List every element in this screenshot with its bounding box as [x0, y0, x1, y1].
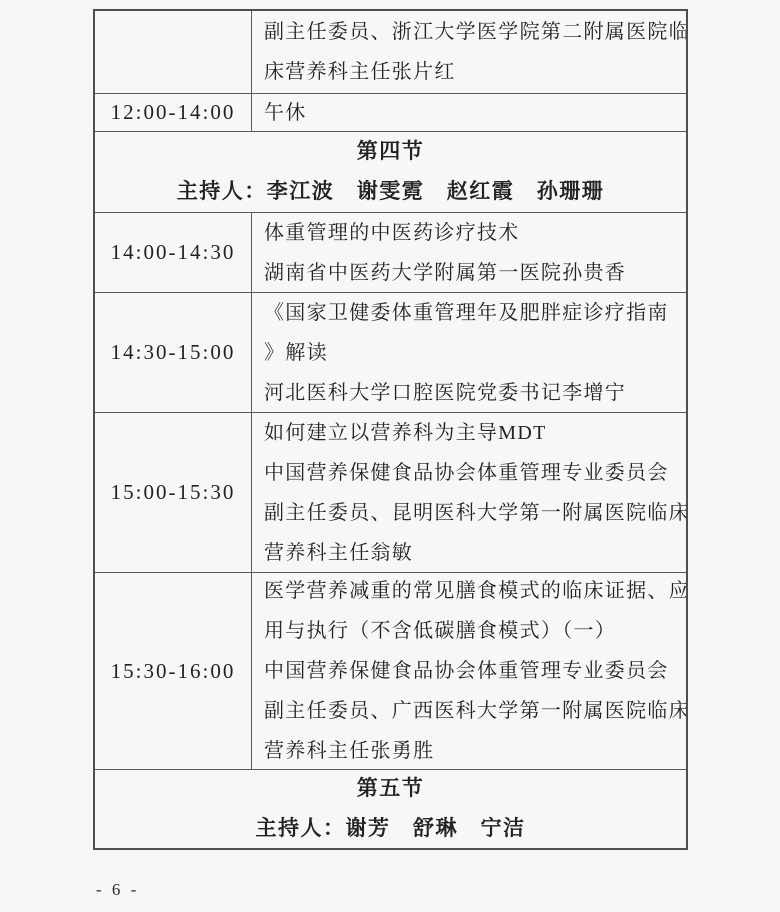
- content-line: 副主任委员、昆明医科大学第一附属医院临床: [264, 493, 680, 533]
- content-line: 床营养科主任张片红: [264, 52, 680, 92]
- time-cell: [95, 11, 252, 93]
- content-cell: 体重管理的中医药诊疗技术 湖南省中医药大学附属第一医院孙贵香: [252, 213, 686, 292]
- content-cell: 医学营养减重的常见膳食模式的临床证据、应 用与执行（不含低碳膳食模式）（一） 中…: [252, 573, 686, 769]
- page-number: - 6 -: [96, 880, 139, 900]
- document-page: 副主任委员、浙江大学医学院第二附属医院临 床营养科主任张片红 12:00-14:…: [0, 0, 780, 912]
- time-cell: 15:00-15:30: [95, 413, 252, 572]
- content-line: 营养科主任翁敏: [264, 533, 680, 573]
- section-row: 第四节 主持人：李江波 谢雯霓 赵红霞 孙珊珊: [95, 131, 686, 212]
- time-cell: 15:30-16:00: [95, 573, 252, 769]
- content-line: 《国家卫健委体重管理年及肥胖症诊疗指南: [264, 293, 680, 333]
- schedule-table: 副主任委员、浙江大学医学院第二附属医院临 床营养科主任张片红 12:00-14:…: [93, 9, 688, 850]
- content-line: 中国营养保健食品协会体重管理专业委员会: [264, 453, 680, 493]
- content-cell: 副主任委员、浙江大学医学院第二附属医院临 床营养科主任张片红: [252, 11, 686, 93]
- content-line: 河北医科大学口腔医院党委书记李增宁: [264, 373, 680, 413]
- content-line: 午休: [264, 94, 680, 131]
- table-row: 12:00-14:00 午休: [95, 93, 686, 131]
- section-title: 第五节: [95, 769, 686, 809]
- section-title: 第四节: [95, 132, 686, 172]
- section-row: 第五节 主持人：谢芳 舒琳 宁洁: [95, 769, 686, 848]
- table-row: 副主任委员、浙江大学医学院第二附属医院临 床营养科主任张片红: [95, 11, 686, 93]
- content-cell: 《国家卫健委体重管理年及肥胖症诊疗指南 》解读 河北医科大学口腔医院党委书记李增…: [252, 293, 686, 412]
- time-cell: 14:30-15:00: [95, 293, 252, 412]
- content-cell: 如何建立以营养科为主导MDT 中国营养保健食品协会体重管理专业委员会 副主任委员…: [252, 413, 686, 572]
- section-hosts: 主持人：李江波 谢雯霓 赵红霞 孙珊珊: [95, 172, 686, 212]
- content-line: 中国营养保健食品协会体重管理专业委员会: [264, 651, 680, 691]
- section-hosts: 主持人：谢芳 舒琳 宁洁: [95, 809, 686, 849]
- content-line: 湖南省中医药大学附属第一医院孙贵香: [264, 253, 680, 293]
- content-cell: 午休: [252, 94, 686, 131]
- content-line: 医学营养减重的常见膳食模式的临床证据、应: [264, 573, 680, 611]
- table-row: 14:00-14:30 体重管理的中医药诊疗技术 湖南省中医药大学附属第一医院孙…: [95, 212, 686, 292]
- content-line: 》解读: [264, 333, 680, 373]
- table-row: 14:30-15:00 《国家卫健委体重管理年及肥胖症诊疗指南 》解读 河北医科…: [95, 292, 686, 412]
- content-line: 用与执行（不含低碳膳食模式）（一）: [264, 611, 680, 651]
- content-line: 营养科主任张勇胜: [264, 731, 680, 769]
- content-line: 如何建立以营养科为主导MDT: [264, 413, 680, 453]
- time-cell: 14:00-14:30: [95, 213, 252, 292]
- content-line: 副主任委员、广西医科大学第一附属医院临床: [264, 691, 680, 731]
- time-cell: 12:00-14:00: [95, 94, 252, 131]
- table-row: 15:30-16:00 医学营养减重的常见膳食模式的临床证据、应 用与执行（不含…: [95, 572, 686, 769]
- table-row: 15:00-15:30 如何建立以营养科为主导MDT 中国营养保健食品协会体重管…: [95, 412, 686, 572]
- content-line: 体重管理的中医药诊疗技术: [264, 213, 680, 253]
- content-line: 副主任委员、浙江大学医学院第二附属医院临: [264, 12, 680, 52]
